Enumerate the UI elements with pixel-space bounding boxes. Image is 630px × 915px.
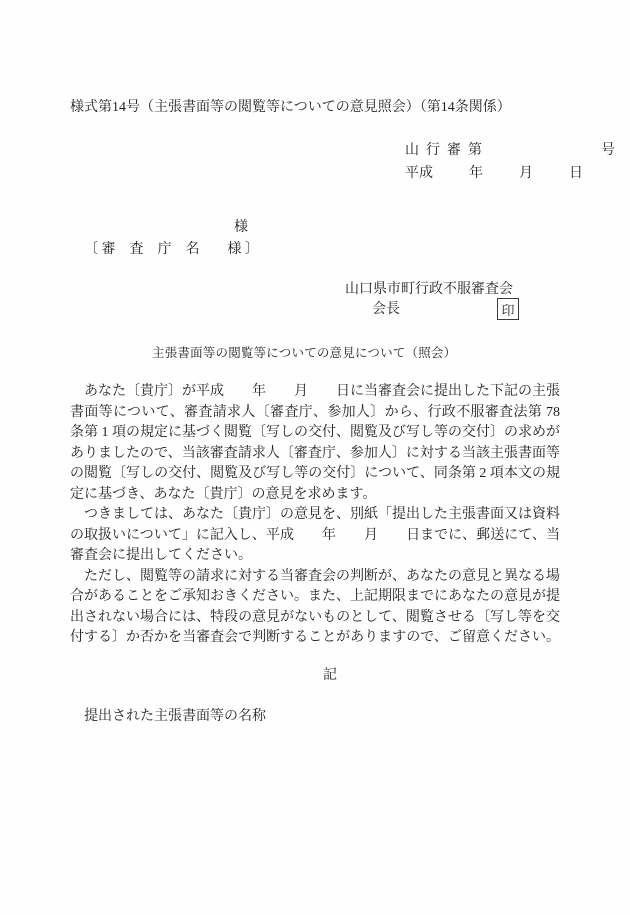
body-line: 出されない場合には、特段の意見がないものとして、閲覧させる〔写し等を交 bbox=[70, 608, 560, 629]
body-line: の取扱いについて」に記入し、平成 年 月 日までに、郵送にて、当 bbox=[70, 526, 560, 547]
form-number-label: 様式第14号（主張書面等の閲覧等についての意見照会）（第14条関係） bbox=[70, 98, 511, 118]
body-line: 書面等について、審査請求人〔審査庁、参加人〕から、行政不服審査法第 78 bbox=[70, 403, 560, 424]
body-line: ただし、閲覧等の請求に対する当審査会の判断が、あなたの意見と異なる場 bbox=[70, 567, 560, 588]
body-line: 合があることをご承知おきください。また、上記期限までにあなたの意見が提 bbox=[70, 587, 560, 608]
body-line: ありましたので、当該審査請求人〔審査庁、参加人〕に対する当該主張書面等 bbox=[70, 444, 560, 465]
seal-character: 印 bbox=[501, 300, 514, 319]
sender-title: 会長 bbox=[372, 301, 400, 319]
era-label: 平成 bbox=[405, 163, 433, 186]
addressee-honorific: 様 bbox=[234, 219, 248, 237]
sender-organization: 山口県市町行政不服審査会 bbox=[345, 281, 513, 299]
body-line: あなた〔貴庁〕が平成 年 月 日に当審査会に提出した下記の主張 bbox=[70, 382, 560, 403]
date-line: 平成 年 月 日 bbox=[405, 163, 583, 186]
document-subject: 主張書面等の閲覧等についての意見について（照会） bbox=[152, 344, 478, 362]
body-line: 定に基づき、あなた〔貴庁〕の意見を求めます。 bbox=[70, 485, 560, 506]
body-line: 条第 1 項の規定に基づく閲覧〔写しの交付、閲覧及び写し等の交付〕の求めが bbox=[70, 423, 560, 444]
reference-number-suffix: 号 bbox=[601, 140, 615, 163]
seal-stamp-box: 印 bbox=[497, 298, 519, 320]
body-line: 付する〕か否かを当審査会で判断することがありますので、ご留意ください。 bbox=[70, 628, 560, 649]
reference-block: 山 行 審 第 号 平成 年 月 日 bbox=[405, 140, 615, 185]
month-label: 月 bbox=[519, 163, 533, 186]
addressee-agency-note: 〔 審 査 庁 名 様 〕 bbox=[84, 241, 259, 259]
listed-item-label: 提出された主張書面等の名称 bbox=[70, 707, 266, 727]
body-text: あなた〔貴庁〕が平成 年 月 日に当審査会に提出した下記の主張 書面等について、… bbox=[70, 382, 560, 649]
reference-number-line: 山 行 審 第 号 bbox=[405, 140, 615, 163]
body-line: つきましては、あなた〔貴庁〕の意見を、別紙「提出した主張書面又は資料 bbox=[70, 505, 560, 526]
year-label: 年 bbox=[469, 163, 483, 186]
body-line: の閲覧〔写しの交付、閲覧及び写し等の交付〕について、同条第 2 項本文の規 bbox=[70, 464, 560, 485]
document-page: 様式第14号（主張書面等の閲覧等についての意見照会）（第14条関係） 山 行 審… bbox=[0, 0, 630, 915]
body-line: 審査会に提出してください。 bbox=[70, 546, 560, 567]
reference-number-prefix: 山 行 審 第 bbox=[405, 140, 482, 163]
day-label: 日 bbox=[569, 163, 583, 186]
ki-section-marker: 記 bbox=[70, 666, 560, 686]
